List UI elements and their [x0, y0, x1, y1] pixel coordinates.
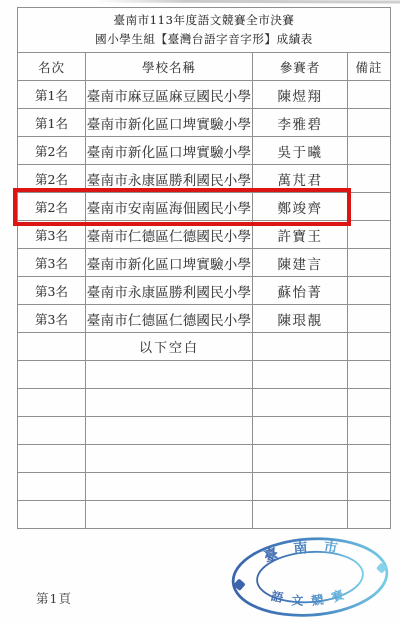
remarks-cell [348, 165, 391, 193]
empty-row [18, 445, 391, 473]
table-row: 第3名 臺南市新化區口埤實驗小學 陳建言 [18, 249, 391, 277]
scan-artifact [95, 0, 400, 4]
official-stamp: 臺南市 語文競賽 [219, 525, 400, 624]
document-title-line2: 國小學生組【臺灣台語字音字形】成績表 [18, 30, 390, 49]
remarks-cell [348, 81, 391, 109]
participant-cell: 陳珢靚 [253, 305, 348, 333]
table-title-row: 臺南市113年度語文競賽全市決賽 國小學生組【臺灣台語字音字形】成績表 [18, 8, 391, 53]
remarks-cell [348, 249, 391, 277]
rank-cell: 第1名 [18, 81, 86, 109]
score-table: 臺南市113年度語文競賽全市決賽 國小學生組【臺灣台語字音字形】成績表 名次 學… [17, 7, 391, 529]
table-row: 第1名 臺南市麻豆區麻豆國民小學 陳煜翔 [18, 81, 391, 109]
school-cell: 臺南市新化區口埤實驗小學 [86, 249, 253, 277]
page-number: 第1頁 [36, 589, 72, 607]
end-marker-cell: 以下空白 [86, 333, 253, 361]
participant-cell: 陳建言 [253, 249, 348, 277]
empty-row [18, 389, 391, 417]
document-title-line1: 臺南市113年度語文競賽全市決賽 [18, 11, 390, 30]
school-cell: 臺南市仁德區仁德國民小學 [86, 305, 253, 333]
school-cell: 臺南市永康區勝利國民小學 [86, 277, 253, 305]
end-marker-row: 以下空白 [18, 333, 391, 361]
rank-cell: 第3名 [18, 305, 86, 333]
remarks-cell [348, 137, 391, 165]
empty-row [18, 501, 391, 529]
header-rank: 名次 [18, 53, 86, 81]
header-participant: 參賽者 [253, 53, 348, 81]
remarks-cell [348, 221, 391, 249]
participant-cell: 李雅碧 [253, 109, 348, 137]
school-cell: 臺南市麻豆區麻豆國民小學 [86, 81, 253, 109]
header-school: 學校名稱 [86, 53, 253, 81]
school-cell: 臺南市新化區口埤實驗小學 [86, 109, 253, 137]
table-row: 第3名 臺南市永康區勝利國民小學 蘇怡菁 [18, 277, 391, 305]
rank-cell: 第3名 [18, 249, 86, 277]
empty-row [18, 361, 391, 389]
table-row: 第2名 臺南市新化區口埤實驗小學 吳于曦 [18, 137, 391, 165]
highlight-box [13, 188, 351, 226]
empty-row [18, 417, 391, 445]
header-remarks: 備註 [348, 53, 391, 81]
title-cell: 臺南市113年度語文競賽全市決賽 國小學生組【臺灣台語字音字形】成績表 [18, 8, 391, 53]
participant-cell [253, 333, 348, 361]
rank-cell: 第2名 [18, 137, 86, 165]
rank-cell [18, 333, 86, 361]
school-cell: 臺南市新化區口埤實驗小學 [86, 137, 253, 165]
empty-row [18, 473, 391, 501]
remarks-cell [348, 305, 391, 333]
table-row: 第1名 臺南市新化區口埤實驗小學 李雅碧 [18, 109, 391, 137]
rank-cell: 第3名 [18, 277, 86, 305]
remarks-cell [348, 333, 391, 361]
remarks-cell [348, 193, 391, 221]
remarks-cell [348, 109, 391, 137]
remarks-cell [348, 277, 391, 305]
document-page: 臺南市113年度語文競賽全市決賽 國小學生組【臺灣台語字音字形】成績表 名次 學… [0, 0, 400, 624]
participant-cell: 陳煜翔 [253, 81, 348, 109]
table-row: 第3名 臺南市仁德區仁德國民小學 陳珢靚 [18, 305, 391, 333]
rank-cell: 第1名 [18, 109, 86, 137]
table-header-row: 名次 學校名稱 參賽者 備註 [18, 53, 391, 81]
participant-cell: 吳于曦 [253, 137, 348, 165]
stamp-bottom-text: 語文競賽 [269, 582, 355, 611]
participant-cell: 蘇怡菁 [253, 277, 348, 305]
